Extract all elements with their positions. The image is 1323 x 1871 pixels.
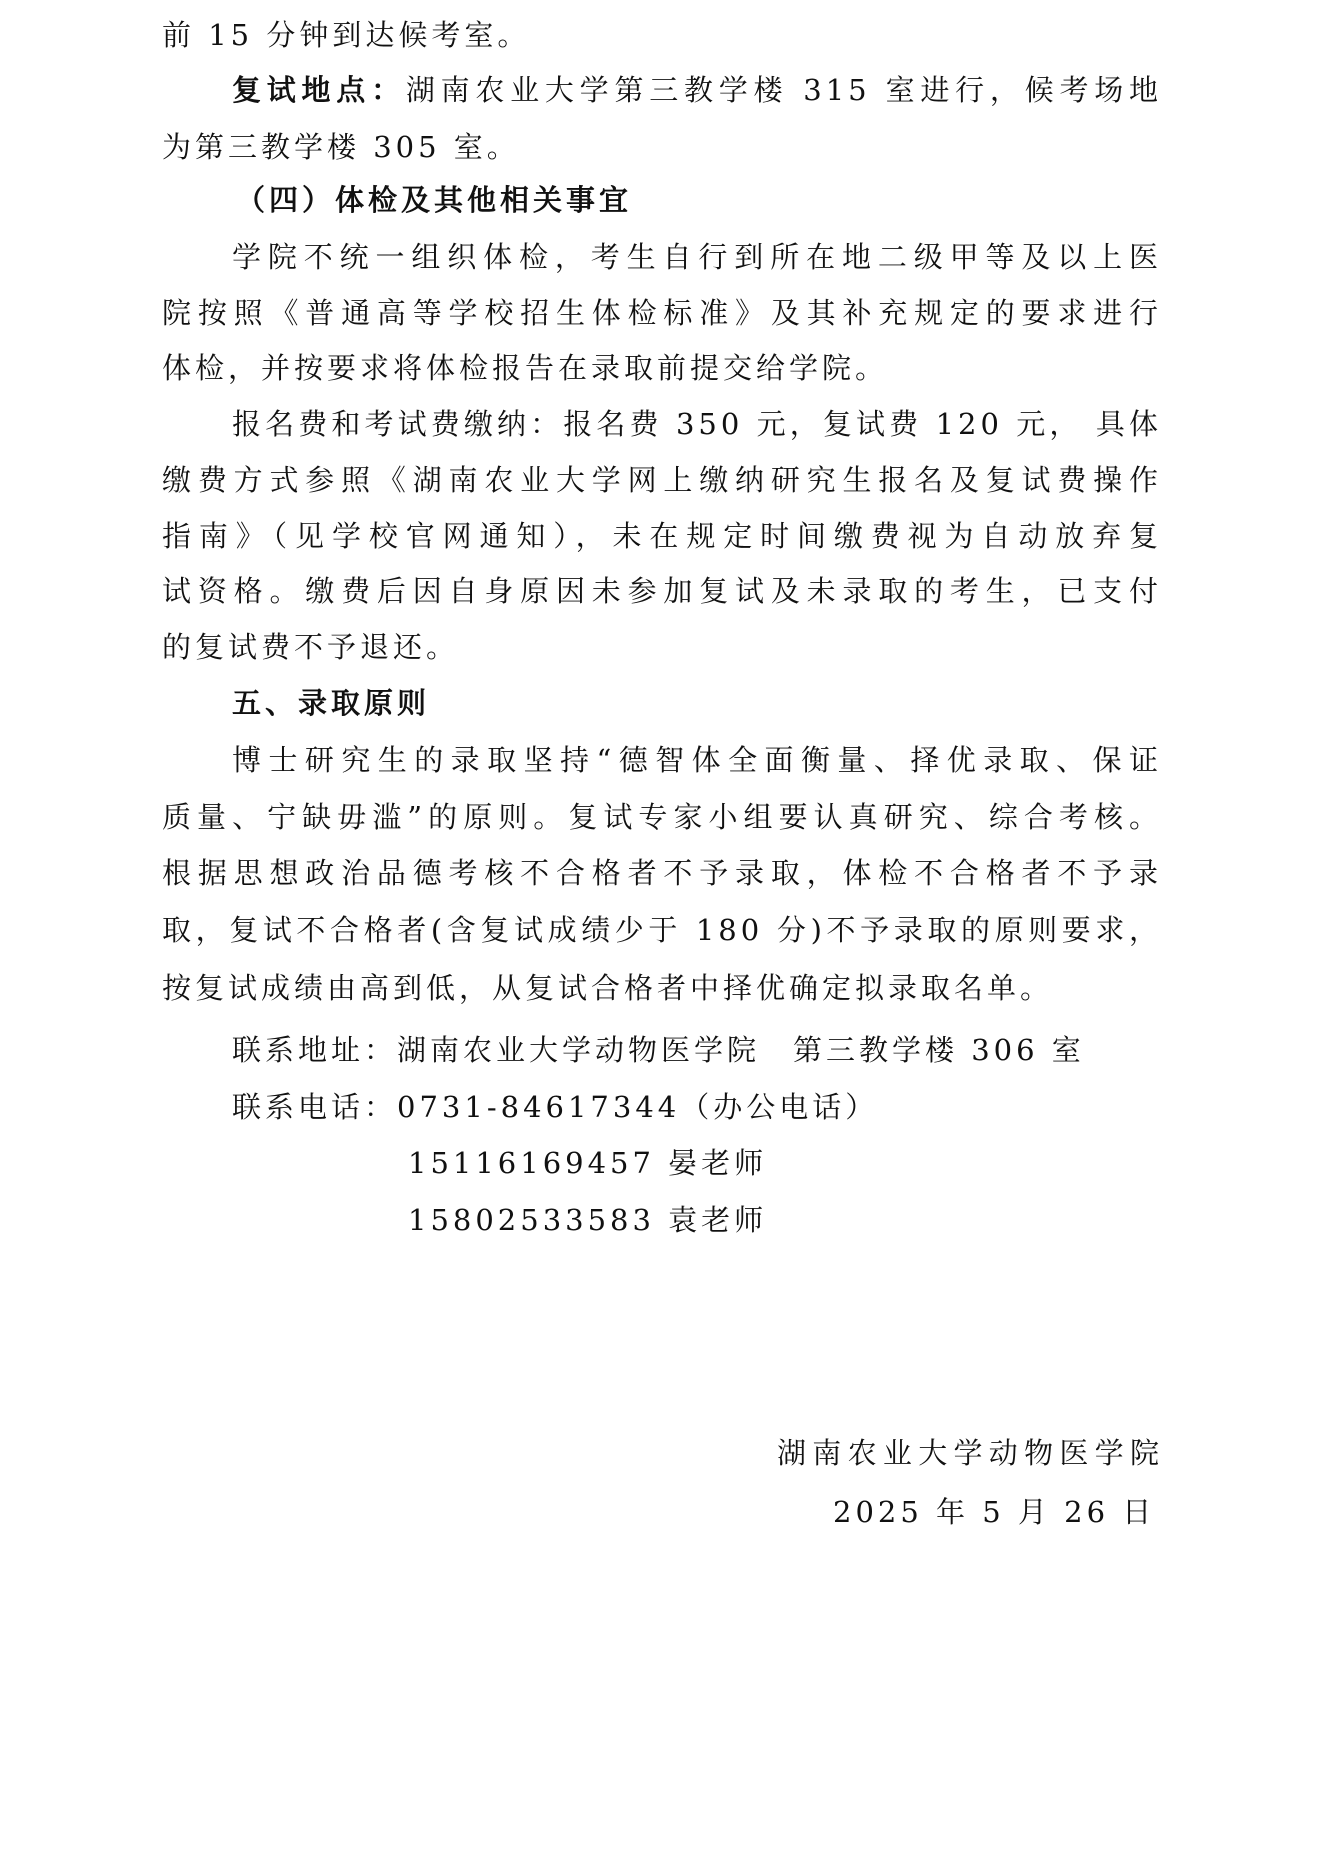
office-phone: 0731-84617344（办公电话） <box>397 1090 878 1124</box>
signature-organization: 湖南农业大学动物医学院 <box>777 1433 1163 1473</box>
exam-location-line-2: 为第三教学楼 305 室。 <box>162 127 520 167</box>
contact-phone-label: 联系电话： <box>232 1090 397 1124</box>
exam-location-line: 复试地点：湖南农业大学第三教学楼 315 室进行，候考场地 <box>232 70 1162 110</box>
fee-para-line: 的复试费不予退还。 <box>162 627 459 667</box>
admission-para-line: 取，复试不合格者(含复试成绩少于 180 分)不予录取的原则要求， <box>162 910 1162 950</box>
fee-para-line: 试资格。缴费后因自身原因未参加复试及未录取的考生，已支付 <box>162 571 1162 611</box>
contact-address: 联系地址：湖南农业大学动物医学院 第三教学楼 306 室 <box>232 1030 1085 1070</box>
fee-para-line: 报名费和考试费缴纳：报名费 350 元，复试费 120 元， 具体 <box>232 404 1162 444</box>
exam-location-label: 复试地点： <box>232 73 406 107</box>
admission-para-line: 博士研究生的录取坚持“德智体全面衡量、择优录取、保证 <box>232 740 1162 780</box>
section-heading-admission: 五、录取原则 <box>232 683 430 723</box>
physical-exam-para-line: 体检，并按要求将体检报告在录取前提交给学院。 <box>162 348 888 388</box>
exam-location-text: 湖南农业大学第三教学楼 315 室进行，候考场地 <box>406 73 1162 107</box>
contact-phone-teacher-2: 15802533583 袁老师 <box>408 1200 767 1240</box>
physical-exam-para-line: 院按照《普通高等学校招生体检标准》及其补充规定的要求进行 <box>162 293 1162 333</box>
document-page: 前 15 分钟到达候考室。 复试地点：湖南农业大学第三教学楼 315 室进行，候… <box>0 0 1323 1871</box>
admission-para-line: 按复试成绩由高到低，从复试合格者中择优确定拟录取名单。 <box>162 968 1053 1008</box>
fee-para-line: 指南》（见学校官网通知），未在规定时间缴费视为自动放弃复 <box>162 516 1162 556</box>
admission-para-line: 根据思想政治品德考核不合格者不予录取，体检不合格者不予录 <box>162 853 1162 893</box>
physical-exam-para-line: 学院不统一组织体检，考生自行到所在地二级甲等及以上医 <box>232 237 1162 277</box>
exam-time-continuation: 前 15 分钟到达候考室。 <box>162 15 530 55</box>
fee-para-line: 缴费方式参照《湖南农业大学网上缴纳研究生报名及复试费操作 <box>162 460 1162 500</box>
admission-para-line: 质量、宁缺毋滥”的原则。复试专家小组要认真研究、综合考核。 <box>162 797 1162 837</box>
contact-phone-line: 联系电话：0731-84617344（办公电话） <box>232 1087 878 1127</box>
section-heading-physical-exam: （四）体检及其他相关事宜 <box>236 180 632 220</box>
signature-date: 2025 年 5 月 26 日 <box>833 1492 1155 1532</box>
contact-phone-teacher-1: 15116169457 晏老师 <box>408 1143 767 1183</box>
